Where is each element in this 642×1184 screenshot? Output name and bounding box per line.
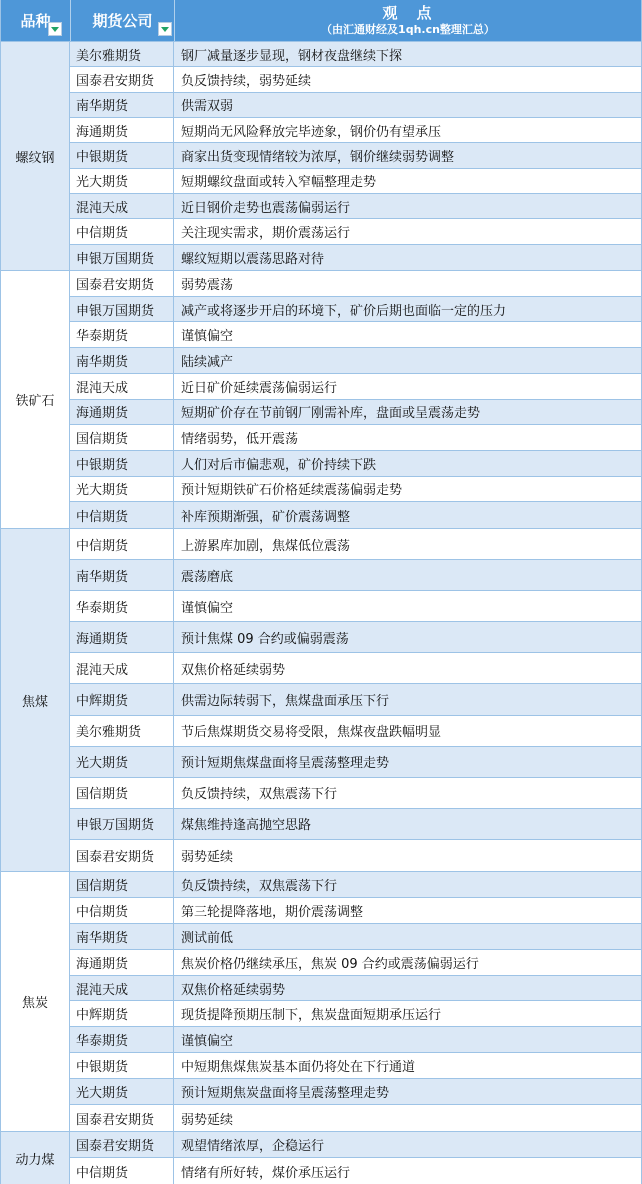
viewpoint-cell: 煤焦维持逢高抛空思路	[174, 809, 641, 839]
table-row: 中辉期货供需边际转弱下，焦煤盘面承压下行	[70, 684, 641, 715]
company-cell: 华泰期货	[70, 322, 174, 347]
futures-opinions-table: 品种 期货公司 观 点 （由汇通财经及1qh.cn整理汇总） T 螺纹钢美尔雅期…	[0, 0, 642, 1184]
table-row: 光大期货预计短期焦煤盘面将呈震荡整理走势	[70, 747, 641, 778]
table-row: 光大期货预计短期焦炭盘面将呈震荡整理走势	[70, 1079, 641, 1105]
table-row: 中银期货商家出货变现情绪较为浓厚，钢价继续弱势调整	[70, 143, 641, 168]
company-cell: 中银期货	[70, 1053, 174, 1078]
company-cell: 海通期货	[70, 118, 174, 142]
company-cell: 海通期货	[70, 622, 174, 652]
table-row: 华泰期货谨慎偏空	[70, 1027, 641, 1053]
company-cell: 申银万国期货	[70, 297, 174, 322]
col-header-viewpoint: 观 点 （由汇通财经及1qh.cn整理汇总） T	[174, 0, 641, 41]
viewpoint-header-label: 观 点	[382, 4, 433, 23]
company-cell: 光大期货	[70, 477, 174, 502]
viewpoint-cell: 负反馈持续，双焦震荡下行	[174, 872, 641, 897]
company-cell: 中银期货	[70, 143, 174, 167]
company-cell: 中辉期货	[70, 1001, 174, 1026]
table-row: 美尔雅期货钢厂减量逐步显现，钢材夜盘继续下探	[70, 42, 641, 67]
table-row: 申银万国期货煤焦维持逢高抛空思路	[70, 809, 641, 840]
section-5: 动力煤国泰君安期货观望情绪浓厚，企稳运行中信期货情绪有所好转，煤价承压运行	[1, 1132, 641, 1184]
company-cell: 海通期货	[70, 400, 174, 425]
table-row: 中信期货关注现实需求，期价震荡运行	[70, 219, 641, 244]
variety-filter-button[interactable]	[48, 22, 62, 36]
viewpoint-header-subtitle: （由汇通财经及1qh.cn整理汇总）	[321, 23, 495, 37]
section-rows: 中信期货上游累库加剧，焦煤低位震荡南华期货震荡磨底华泰期货谨慎偏空海通期货预计焦…	[70, 529, 641, 871]
filter-dropdown-icon	[51, 27, 59, 32]
company-cell: 混沌天成	[70, 374, 174, 399]
company-cell: 混沌天成	[70, 194, 174, 218]
viewpoint-cell: 现货提降预期压制下，焦炭盘面短期承压运行	[174, 1001, 641, 1026]
section-rows: 国泰君安期货观望情绪浓厚，企稳运行中信期货情绪有所好转，煤价承压运行	[70, 1132, 641, 1184]
viewpoint-cell: 上游累库加剧，焦煤低位震荡	[174, 529, 641, 559]
table-row: 中银期货中短期焦煤焦炭基本面仍将处在下行通道	[70, 1053, 641, 1079]
table-row: 国泰君安期货弱势延续	[70, 840, 641, 871]
company-cell: 国信期货	[70, 872, 174, 897]
table-row: 美尔雅期货节后焦煤期货交易将受限，焦煤夜盘跌幅明显	[70, 716, 641, 747]
viewpoint-cell: 测试前低	[174, 924, 641, 949]
viewpoint-cell: 第三轮提降落地，期价震荡调整	[174, 898, 641, 923]
section-3: 焦煤中信期货上游累库加剧，焦煤低位震荡南华期货震荡磨底华泰期货谨慎偏空海通期货预…	[1, 529, 641, 872]
viewpoint-cell: 商家出货变现情绪较为浓厚，钢价继续弱势调整	[174, 143, 641, 167]
variety-cell: 焦炭	[1, 872, 70, 1131]
company-cell: 中信期货	[70, 1158, 174, 1184]
company-cell: 国泰君安期货	[70, 1105, 174, 1131]
company-filter-button[interactable]	[158, 22, 172, 36]
company-cell: 美尔雅期货	[70, 716, 174, 746]
viewpoint-cell: 预计短期铁矿石价格延续震荡偏弱走势	[174, 477, 641, 502]
viewpoint-cell: 观望情绪浓厚，企稳运行	[174, 1132, 641, 1157]
viewpoint-cell: 短期螺纹盘面或转入窄幅整理走势	[174, 169, 641, 193]
company-cell: 南华期货	[70, 924, 174, 949]
viewpoint-cell: 谨慎偏空	[174, 1027, 641, 1052]
table-row: 海通期货短期尚无风险释放完毕迹象，钢价仍有望承压	[70, 118, 641, 143]
table-row: 海通期货预计焦煤 09 合约或偏弱震荡	[70, 622, 641, 653]
company-cell: 海通期货	[70, 950, 174, 975]
table-row: 华泰期货谨慎偏空	[70, 591, 641, 622]
table-row: 混沌天成近日钢价走势也震荡偏弱运行	[70, 194, 641, 219]
variety-header-label: 品种	[20, 10, 50, 31]
table-row: 国泰君安期货弱势延续	[70, 1105, 641, 1131]
col-header-variety: 品种	[1, 0, 70, 41]
section-rows: 国信期货负反馈持续，双焦震荡下行中信期货第三轮提降落地，期价震荡调整南华期货测试…	[70, 872, 641, 1131]
company-cell: 南华期货	[70, 560, 174, 590]
viewpoint-cell: 谨慎偏空	[174, 322, 641, 347]
table-body: 螺纹钢美尔雅期货钢厂减量逐步显现，钢材夜盘继续下探国泰君安期货负反馈持续，弱势延…	[1, 42, 641, 1184]
viewpoint-cell: 关注现实需求，期价震荡运行	[174, 219, 641, 243]
variety-cell: 焦煤	[1, 529, 70, 871]
table-row: 光大期货预计短期铁矿石价格延续震荡偏弱走势	[70, 477, 641, 503]
table-header: 品种 期货公司 观 点 （由汇通财经及1qh.cn整理汇总） T	[1, 0, 641, 42]
company-header-label: 期货公司	[92, 10, 152, 31]
viewpoint-cell: 节后焦煤期货交易将受限，焦煤夜盘跌幅明显	[174, 716, 641, 746]
company-cell: 华泰期货	[70, 1027, 174, 1052]
company-cell: 国泰君安期货	[70, 271, 174, 296]
company-cell: 中辉期货	[70, 684, 174, 714]
table-row: 国泰君安期货负反馈持续，弱势延续	[70, 67, 641, 92]
col-header-company: 期货公司	[70, 0, 174, 41]
table-row: 海通期货焦炭价格仍继续承压，焦炭 09 合约或震荡偏弱运行	[70, 950, 641, 976]
viewpoint-cell: 情绪有所好转，煤价承压运行	[174, 1158, 641, 1184]
viewpoint-cell: 短期矿价存在节前钢厂刚需补库，盘面或呈震荡走势	[174, 400, 641, 425]
table-row: 南华期货供需双弱	[70, 93, 641, 118]
company-cell: 光大期货	[70, 1079, 174, 1104]
table-row: 海通期货短期矿价存在节前钢厂刚需补库，盘面或呈震荡走势	[70, 400, 641, 426]
section-rows: 美尔雅期货钢厂减量逐步显现，钢材夜盘继续下探国泰君安期货负反馈持续，弱势延续南华…	[70, 42, 641, 270]
section-rows: 国泰君安期货弱势震荡申银万国期货减产或将逐步开启的环境下，矿价后期也面临一定的压…	[70, 271, 641, 528]
company-cell: 中信期货	[70, 219, 174, 243]
company-cell: 国信期货	[70, 425, 174, 450]
table-row: 光大期货短期螺纹盘面或转入窄幅整理走势	[70, 169, 641, 194]
company-cell: 中信期货	[70, 898, 174, 923]
viewpoint-cell: 弱势震荡	[174, 271, 641, 296]
viewpoint-cell: 谨慎偏空	[174, 591, 641, 621]
table-row: 申银万国期货减产或将逐步开启的环境下，矿价后期也面临一定的压力	[70, 297, 641, 323]
viewpoint-cell: 预计短期焦炭盘面将呈震荡整理走势	[174, 1079, 641, 1104]
viewpoint-cell: 弱势延续	[174, 1105, 641, 1131]
viewpoint-cell: 中短期焦煤焦炭基本面仍将处在下行通道	[174, 1053, 641, 1078]
viewpoint-cell: 陆续减产	[174, 348, 641, 373]
viewpoint-cell: 预计短期焦煤盘面将呈震荡整理走势	[174, 747, 641, 777]
company-cell: 南华期货	[70, 348, 174, 373]
viewpoint-cell: 弱势延续	[174, 840, 641, 871]
table-row: 华泰期货谨慎偏空	[70, 322, 641, 348]
table-row: 申银万国期货螺纹短期以震荡思路对待	[70, 245, 641, 270]
viewpoint-cell: 震荡磨底	[174, 560, 641, 590]
table-row: 混沌天成双焦价格延续弱势	[70, 653, 641, 684]
table-row: 南华期货测试前低	[70, 924, 641, 950]
variety-cell: 螺纹钢	[1, 42, 70, 270]
viewpoint-cell: 近日矿价延续震荡偏弱运行	[174, 374, 641, 399]
viewpoint-cell: 焦炭价格仍继续承压，焦炭 09 合约或震荡偏弱运行	[174, 950, 641, 975]
company-cell: 光大期货	[70, 747, 174, 777]
company-cell: 美尔雅期货	[70, 42, 174, 66]
section-4: 焦炭国信期货负反馈持续，双焦震荡下行中信期货第三轮提降落地，期价震荡调整南华期货…	[1, 872, 641, 1132]
viewpoint-cell: 预计焦煤 09 合约或偏弱震荡	[174, 622, 641, 652]
viewpoint-cell: 双焦价格延续弱势	[174, 976, 641, 1001]
company-cell: 中银期货	[70, 451, 174, 476]
section-1: 螺纹钢美尔雅期货钢厂减量逐步显现，钢材夜盘继续下探国泰君安期货负反馈持续，弱势延…	[1, 42, 641, 271]
table-row: 中信期货第三轮提降落地，期价震荡调整	[70, 898, 641, 924]
company-cell: 混沌天成	[70, 653, 174, 683]
table-row: 中信期货补库预期渐强，矿价震荡调整	[70, 502, 641, 528]
table-row: 中银期货人们对后市偏悲观，矿价持续下跌	[70, 451, 641, 477]
table-row: 国信期货负反馈持续，双焦震荡下行	[70, 778, 641, 809]
table-row: 中信期货情绪有所好转，煤价承压运行	[70, 1158, 641, 1184]
viewpoint-cell: 减产或将逐步开启的环境下，矿价后期也面临一定的压力	[174, 297, 641, 322]
company-cell: 国泰君安期货	[70, 840, 174, 871]
section-2: 铁矿石国泰君安期货弱势震荡申银万国期货减产或将逐步开启的环境下，矿价后期也面临一…	[1, 271, 641, 529]
company-cell: 光大期货	[70, 169, 174, 193]
table-row: 国泰君安期货观望情绪浓厚，企稳运行	[70, 1132, 641, 1158]
table-row: 中信期货上游累库加剧，焦煤低位震荡	[70, 529, 641, 560]
company-cell: 南华期货	[70, 93, 174, 117]
filter-dropdown-icon	[161, 27, 169, 32]
company-cell: 申银万国期货	[70, 809, 174, 839]
table-row: 中辉期货现货提降预期压制下，焦炭盘面短期承压运行	[70, 1001, 641, 1027]
viewpoint-cell: 人们对后市偏悲观，矿价持续下跌	[174, 451, 641, 476]
variety-cell: 动力煤	[1, 1132, 70, 1184]
table-row: 南华期货陆续减产	[70, 348, 641, 374]
viewpoint-cell: 情绪弱势，低开震荡	[174, 425, 641, 450]
viewpoint-cell: 补库预期渐强，矿价震荡调整	[174, 502, 641, 528]
table-row: 国信期货负反馈持续，双焦震荡下行	[70, 872, 641, 898]
company-cell: 申银万国期货	[70, 245, 174, 270]
viewpoint-cell: 供需边际转弱下，焦煤盘面承压下行	[174, 684, 641, 714]
company-cell: 国泰君安期货	[70, 1132, 174, 1157]
company-cell: 混沌天成	[70, 976, 174, 1001]
viewpoint-cell: 钢厂减量逐步显现，钢材夜盘继续下探	[174, 42, 641, 66]
company-cell: 国泰君安期货	[70, 67, 174, 91]
viewpoint-cell: 近日钢价走势也震荡偏弱运行	[174, 194, 641, 218]
viewpoint-cell: 供需双弱	[174, 93, 641, 117]
viewpoint-cell: 双焦价格延续弱势	[174, 653, 641, 683]
variety-cell: 铁矿石	[1, 271, 70, 528]
company-cell: 中信期货	[70, 529, 174, 559]
table-row: 混沌天成双焦价格延续弱势	[70, 976, 641, 1002]
viewpoint-cell: 负反馈持续，双焦震荡下行	[174, 778, 641, 808]
viewpoint-cell: 短期尚无风险释放完毕迹象，钢价仍有望承压	[174, 118, 641, 142]
table-row: 南华期货震荡磨底	[70, 560, 641, 591]
viewpoint-cell: 负反馈持续，弱势延续	[174, 67, 641, 91]
company-cell: 中信期货	[70, 502, 174, 528]
company-cell: 国信期货	[70, 778, 174, 808]
viewpoint-cell: 螺纹短期以震荡思路对待	[174, 245, 641, 270]
company-cell: 华泰期货	[70, 591, 174, 621]
table-row: 混沌天成近日矿价延续震荡偏弱运行	[70, 374, 641, 400]
table-row: 国泰君安期货弱势震荡	[70, 271, 641, 297]
table-row: 国信期货情绪弱势，低开震荡	[70, 425, 641, 451]
